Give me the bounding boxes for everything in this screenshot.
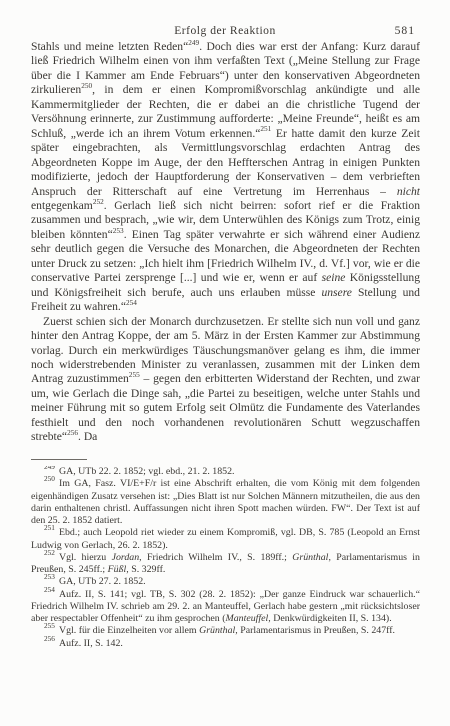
text-run: GA, UTb 27. 2. 1852. [59, 576, 146, 587]
footnote-ref: 256 [67, 428, 78, 437]
footnote-number: 252 [44, 548, 55, 557]
footnote-ref: 249 [188, 40, 199, 47]
text-run: Grünthal [292, 552, 328, 563]
footnote-ref: 253 [113, 226, 124, 235]
footnote-number: 249 [44, 466, 55, 471]
footnote-number: 250 [44, 474, 55, 483]
chapter-title: Erfolg der Reaktion [174, 24, 276, 37]
footnote-number: 255 [44, 621, 55, 630]
footnotes-list: 249GA, UTb 22. 2. 1852; vgl. ebd., 21. 2… [31, 466, 420, 716]
text-run: Ebd.; auch Leopold riet wieder zu einem … [31, 527, 420, 550]
text-run: , Friedrich Wilhelm IV., S. 189ff.; [139, 552, 292, 563]
running-header: Erfolg der Reaktion 581 [31, 24, 419, 40]
footnote-separator [31, 459, 87, 460]
text-run: Stahls und meine letzten Reden“ [31, 40, 188, 53]
text-run: Manteuffel [225, 613, 268, 624]
text-run: Im GA, Fasz. VI/E+F/r ist eine Abschrift… [31, 478, 420, 526]
page-number: 581 [395, 24, 415, 37]
footnote: 254Aufz. II, S. 141; vgl. TB, S. 302 (28… [31, 589, 420, 626]
footnote-ref: 251 [260, 124, 271, 133]
footnote: 253GA, UTb 27. 2. 1852. [31, 576, 420, 588]
footnote: 255Vgl. für die Einzelheiten vor allem G… [31, 625, 420, 637]
text-run: entgegenkam [31, 199, 93, 212]
footnote: 252Vgl. hierzu Jordan, Friedrich Wilhelm… [31, 552, 420, 577]
text-run: , Parlamentarismus in Preußen, S. 247ff. [235, 625, 395, 636]
text-run: Aufz. II, S. 142. [59, 638, 123, 649]
footnote-number: 256 [44, 634, 55, 643]
text-run: Vgl. für die Einzelheiten vor allem [59, 625, 199, 636]
footnote-ref: 254 [126, 298, 137, 307]
footnote-number: 251 [44, 523, 55, 532]
book-page: Erfolg der Reaktion 581 Stahls und meine… [0, 0, 450, 726]
text-run: GA, UTb 22. 2. 1852; vgl. ebd., 21. 2. 1… [59, 466, 235, 477]
footnote: 250Im GA, Fasz. VI/E+F/r ist eine Abschr… [31, 478, 420, 527]
footnote: 251Ebd.; auch Leopold riet wieder zu ein… [31, 527, 420, 552]
footnote: 249GA, UTb 22. 2. 1852; vgl. ebd., 21. 2… [31, 466, 420, 478]
footnote-ref: 252 [93, 197, 104, 206]
text-run: , S. 329ff. [126, 564, 165, 575]
paragraph: Zuerst schien sich der Monarch durchzuse… [31, 315, 420, 445]
text-run: seine [322, 271, 346, 284]
footnote-number: 253 [44, 572, 55, 581]
footnote-ref: 255 [129, 370, 140, 379]
text-run: , Denkwürdigkeiten II, S. 134). [268, 613, 391, 624]
footnote-number: 254 [44, 585, 55, 594]
body-text: Stahls und meine letzten Reden“249. Doch… [31, 40, 420, 462]
text-run: . Da [78, 430, 97, 443]
text-run: Jordan [112, 552, 140, 563]
footnote-ref: 250 [81, 81, 92, 90]
paragraph: Stahls und meine letzten Reden“249. Doch… [31, 40, 420, 315]
footnote: 256Aufz. II, S. 142. [31, 638, 420, 650]
text-run: Vgl. hierzu [59, 552, 112, 563]
text-run: Füßl [108, 564, 127, 575]
text-run: Grünthal [199, 625, 235, 636]
text-run: nicht [397, 185, 420, 198]
text-run: unsere [321, 286, 351, 299]
